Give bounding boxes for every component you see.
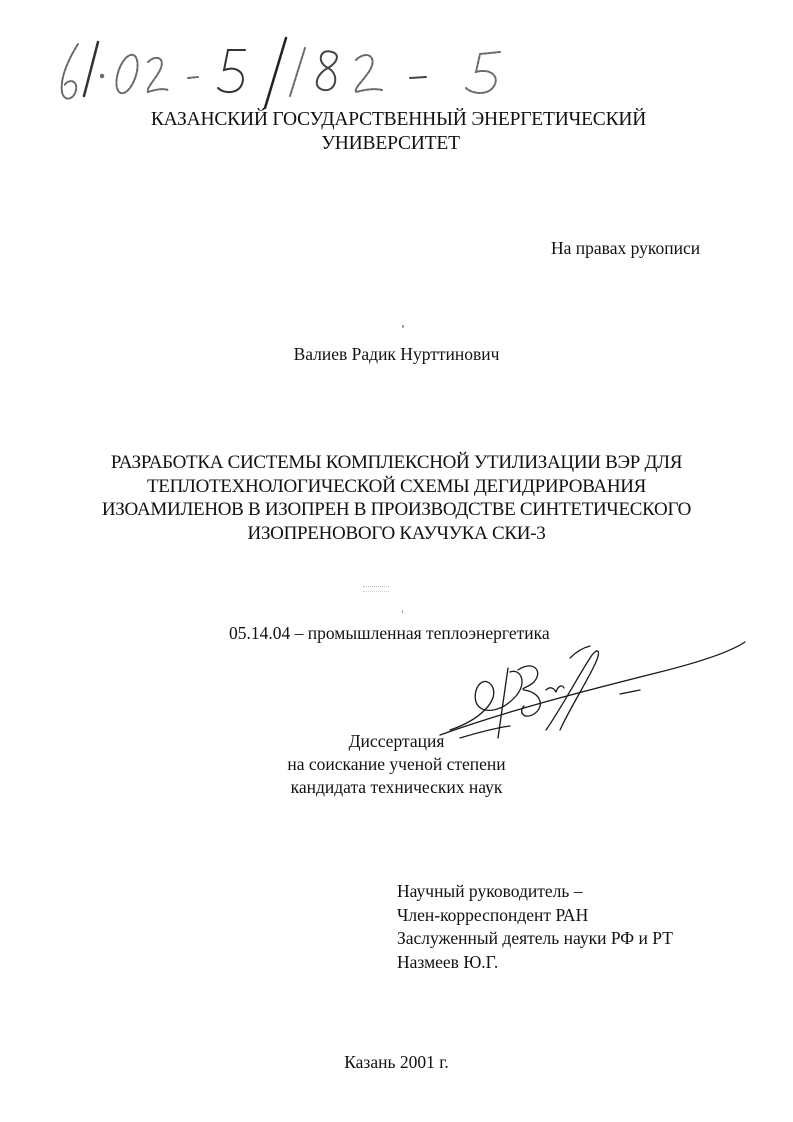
scientific-advisor-block: Научный руководитель – Член-корреспонден… bbox=[397, 880, 673, 974]
title-line-2: ТЕПЛОТЕХНОЛОГИЧЕСКОЙ СХЕМЫ ДЕГИДРИРОВАНИ… bbox=[0, 475, 793, 499]
dissertation-title: РАЗРАБОТКА СИСТЕМЫ КОМПЛЕКСНОЙ УТИЛИЗАЦИ… bbox=[0, 451, 793, 545]
author-name: Валиев Радик Нурттинович bbox=[0, 344, 793, 365]
handwritten-archive-code bbox=[40, 30, 560, 120]
advisor-title-2: Заслуженный деятель науки РФ и РТ bbox=[397, 927, 673, 951]
dissertation-label: Диссертация bbox=[0, 730, 793, 753]
document-page: КАЗАНСКИЙ ГОСУДАРСТВЕННЫЙ ЭНЕРГЕТИЧЕСКИЙ… bbox=[0, 0, 793, 1122]
dissertation-degree-block: Диссертация на соискание ученой степени … bbox=[0, 730, 793, 799]
title-line-3: ИЗОАМИЛЕНОВ В ИЗОПРЕН В ПРОИЗВОДСТВЕ СИН… bbox=[0, 498, 793, 522]
advisor-title-1: Член-корреспондент РАН bbox=[397, 904, 673, 928]
scan-speck bbox=[402, 610, 403, 613]
degree-line-1: на соискание ученой степени bbox=[0, 753, 793, 776]
scan-speck bbox=[402, 325, 404, 328]
title-line-1: РАЗРАБОТКА СИСТЕМЫ КОМПЛЕКСНОЙ УТИЛИЗАЦИ… bbox=[0, 451, 793, 475]
rights-note: На правах рукописи bbox=[551, 238, 700, 259]
advisor-label: Научный руководитель – bbox=[397, 880, 673, 904]
faint-stamp-mark bbox=[363, 586, 389, 592]
title-line-4: ИЗОПРЕНОВОГО КАУЧУКА СКИ-3 bbox=[0, 522, 793, 546]
university-name-line2: УНИВЕРСИТЕТ bbox=[0, 132, 787, 156]
university-name-line1: КАЗАНСКИЙ ГОСУДАРСТВЕННЫЙ ЭНЕРГЕТИЧЕСКИЙ bbox=[2, 108, 793, 132]
advisor-name: Назмеев Ю.Г. bbox=[397, 951, 673, 975]
degree-line-2: кандидата технических наук bbox=[0, 776, 793, 799]
city-year: Казань 2001 г. bbox=[0, 1052, 793, 1073]
specialty-code: 05.14.04 – промышленная теплоэнергетика bbox=[229, 623, 550, 644]
